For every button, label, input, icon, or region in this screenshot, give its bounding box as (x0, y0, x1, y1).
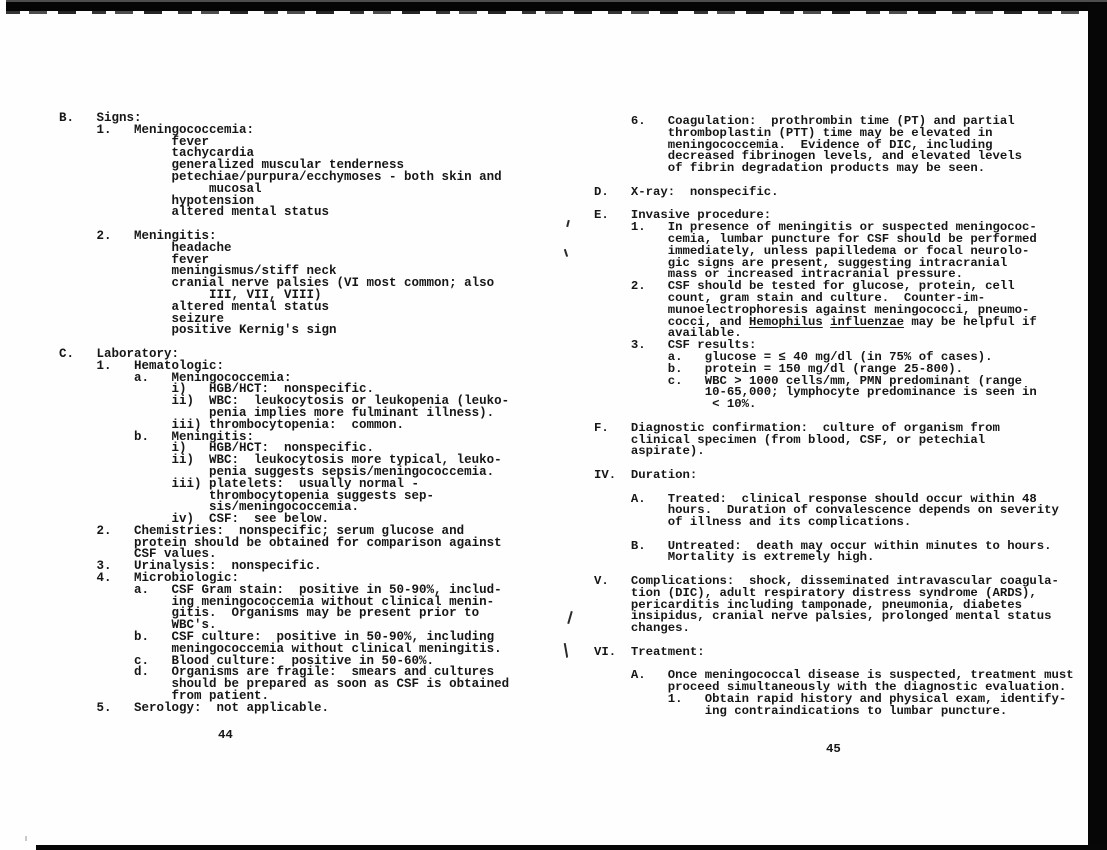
scan-artifact-gutter-2 (564, 249, 568, 257)
scan-border-top (6, 0, 1107, 11)
scan-border-top-ragged-edge (6, 11, 1107, 14)
scan-border-right (1088, 4, 1107, 850)
page-44-text: B. Signs: 1. Meningococcemia: fever tach… (59, 113, 509, 715)
scan-artifact-gutter-1 (566, 220, 570, 227)
page-45-text: 6. Coagulation: prothrombin time (PT) an… (594, 116, 1074, 718)
scan-artifact-bottom-left (25, 836, 27, 841)
page-45-number: 45 (826, 743, 841, 755)
page-44-number: 44 (218, 729, 233, 741)
scan-border-bottom (36, 845, 1107, 850)
scan-artifact-gutter-3 (567, 611, 573, 624)
scan-artifact-gutter-4 (564, 643, 569, 658)
